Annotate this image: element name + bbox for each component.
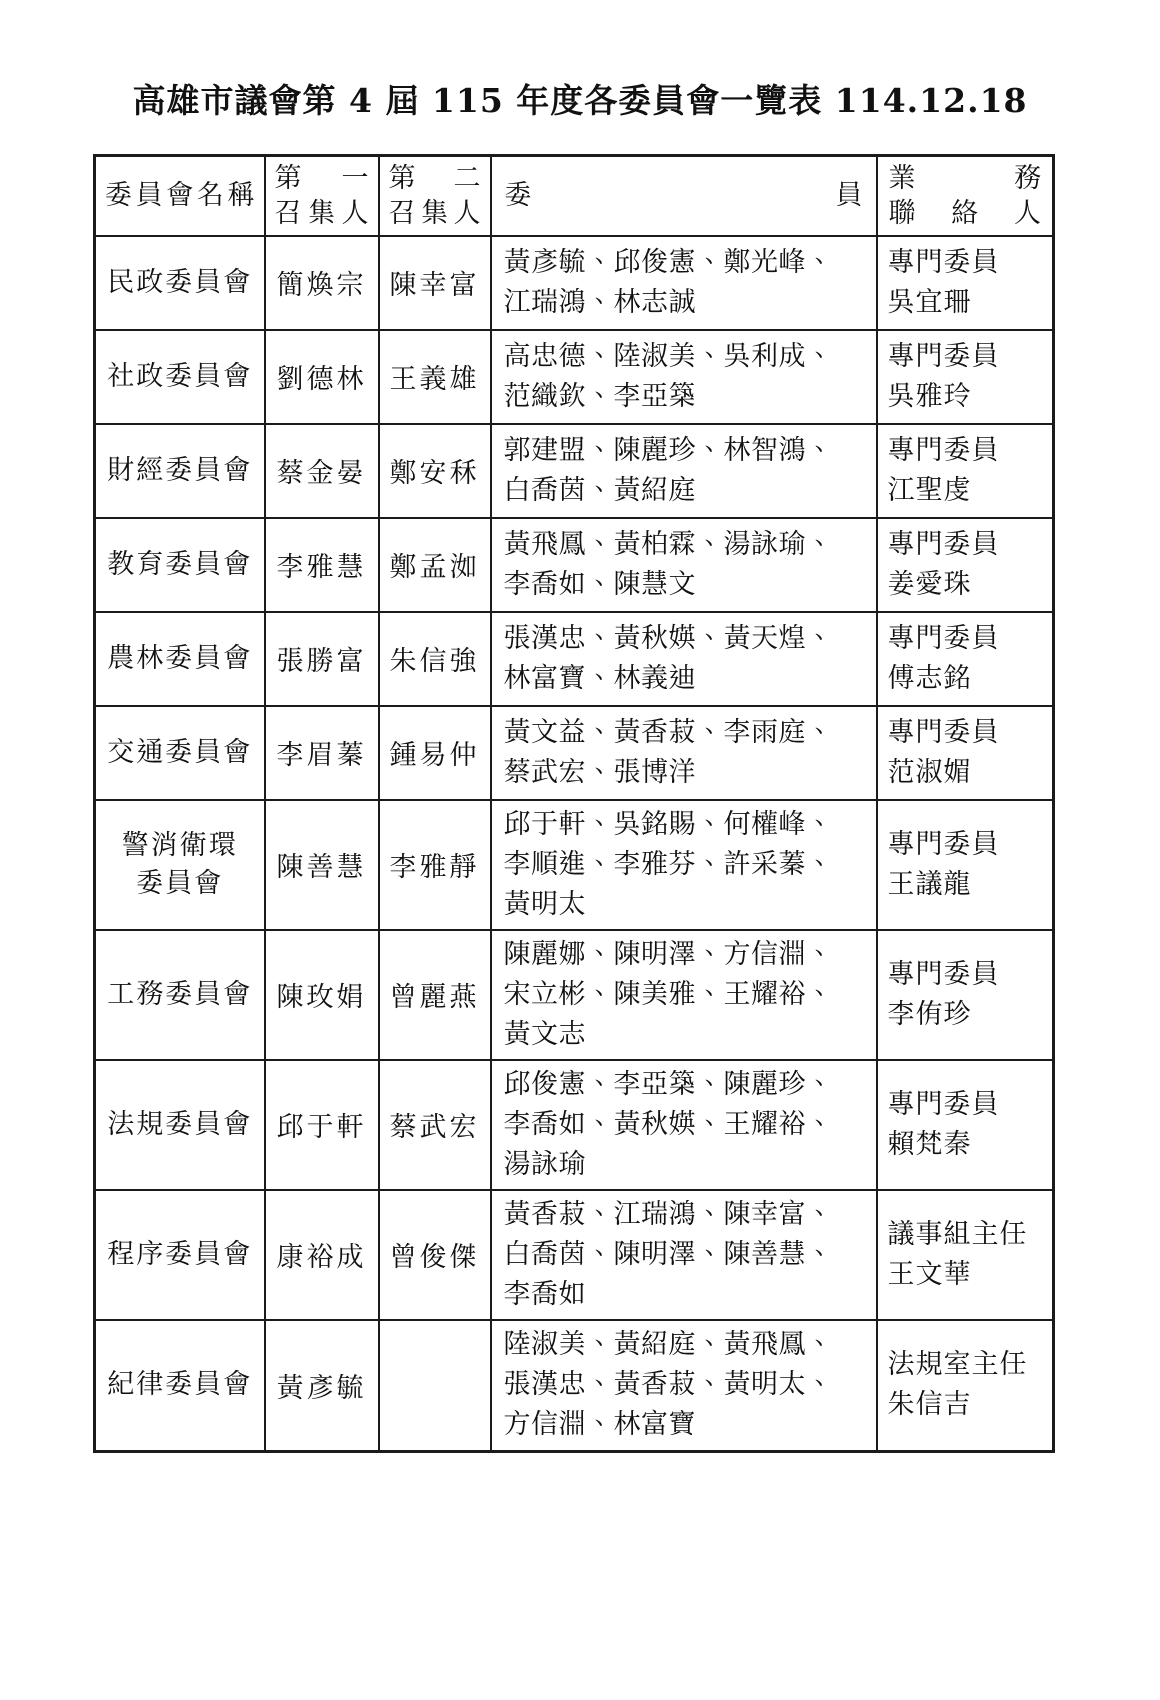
business-contact-cell: 專門委員李侑珍 [877, 930, 1054, 1060]
business-contact-cell: 專門委員王議龍 [877, 800, 1054, 930]
first-convener-cell: 陳玫娟 [265, 930, 379, 1060]
second-convener-cell [379, 1320, 491, 1452]
committee-name-line: 警消衛環 [96, 827, 264, 865]
table-row: 財經委員會蔡金晏鄭安秝郭建盟、陳麗珍、林智鴻、白喬茵、黃紹庭專門委員江聖虔 [95, 424, 1054, 518]
members-cell: 郭建盟、陳麗珍、林智鴻、白喬茵、黃紹庭 [491, 424, 877, 518]
members-line: 蔡武宏、張博洋 [504, 753, 870, 793]
members-line: 陳麗娜、陳明澤、方信淵、 [504, 935, 870, 975]
first-convener-cell: 劉德林 [265, 330, 379, 424]
members-line: 陸淑美、黃紹庭、黃飛鳳、 [504, 1325, 870, 1365]
members-line: 邱俊憲、李亞築、陳麗珍、 [504, 1065, 870, 1105]
table-row: 法規委員會邱于軒蔡武宏邱俊憲、李亞築、陳麗珍、李喬如、黃秋媖、王耀裕、湯詠瑜專門… [95, 1060, 1054, 1190]
table-header: 委員會名稱 第一 召集人 第二 召集人 委員 業務 聯絡人 [95, 156, 1054, 236]
members-line: 李喬如、黃秋媖、王耀裕、 [504, 1105, 870, 1145]
members-line: 張漢忠、黃秋媖、黃天煌、 [504, 619, 870, 659]
header-first-convener-line2: 召集人 [275, 196, 369, 231]
committee-name-cell: 教育委員會 [95, 518, 265, 612]
header-business-contact: 業務 聯絡人 [877, 156, 1054, 236]
table-row: 警消衛環委員會陳善慧李雅靜邱于軒、吳銘賜、何權峰、李順進、李雅芬、許采蓁、黃明太… [95, 800, 1054, 930]
business-contact-line: 專門委員 [888, 525, 1049, 565]
first-convener-cell: 蔡金晏 [265, 424, 379, 518]
first-convener-cell: 李眉蓁 [265, 706, 379, 800]
members-line: 方信淵、林富寶 [504, 1405, 870, 1445]
second-convener-cell: 鄭安秝 [379, 424, 491, 518]
header-first-convener: 第一 召集人 [265, 156, 379, 236]
members-line: 張漢忠、黃香菽、黃明太、 [504, 1365, 870, 1405]
business-contact-line: 專門委員 [888, 713, 1049, 753]
header-business-contact-line1: 業務 [889, 161, 1042, 196]
table-row: 工務委員會陳玫娟曾麗燕陳麗娜、陳明澤、方信淵、宋立彬、陳美雅、王耀裕、黃文志專門… [95, 930, 1054, 1060]
committee-name-cell: 民政委員會 [95, 236, 265, 330]
header-committee-name-label: 委員會名稱 [105, 178, 255, 213]
header-business-contact-line2: 聯絡人 [889, 196, 1042, 231]
second-convener-cell: 朱信強 [379, 612, 491, 706]
first-convener-cell: 邱于軒 [265, 1060, 379, 1190]
header-committee-name: 委員會名稱 [95, 156, 265, 236]
business-contact-cell: 專門委員姜愛珠 [877, 518, 1054, 612]
committee-name-cell: 工務委員會 [95, 930, 265, 1060]
header-members-label: 委員 [505, 178, 863, 213]
first-convener-cell: 陳善慧 [265, 800, 379, 930]
members-line: 黃文志 [504, 1015, 870, 1055]
committee-name-line: 工務委員會 [96, 976, 264, 1014]
header-row: 委員會名稱 第一 召集人 第二 召集人 委員 業務 聯絡人 [95, 156, 1054, 236]
table-row: 教育委員會李雅慧鄭孟洳黃飛鳳、黃柏霖、湯詠瑜、李喬如、陳慧文專門委員姜愛珠 [95, 518, 1054, 612]
members-cell: 黃彥毓、邱俊憲、鄭光峰、江瑞鴻、林志誠 [491, 236, 877, 330]
second-convener-cell: 王義雄 [379, 330, 491, 424]
business-contact-line: 吳雅玲 [888, 377, 1049, 417]
members-line: 李順進、李雅芬、許采蓁、 [504, 845, 870, 885]
business-contact-line: 姜愛珠 [888, 565, 1049, 605]
committee-name-line: 法規委員會 [96, 1106, 264, 1144]
members-cell: 陳麗娜、陳明澤、方信淵、宋立彬、陳美雅、王耀裕、黃文志 [491, 930, 877, 1060]
second-convener-cell: 曾俊傑 [379, 1190, 491, 1320]
table-body: 民政委員會簡煥宗陳幸富黃彥毓、邱俊憲、鄭光峰、江瑞鴻、林志誠專門委員吳宜珊社政委… [95, 236, 1054, 1452]
committee-name-cell: 農林委員會 [95, 612, 265, 706]
business-contact-line: 專門委員 [888, 955, 1049, 995]
committee-name-line: 委員會 [96, 865, 264, 903]
members-line: 白喬茵、陳明澤、陳善慧、 [504, 1235, 870, 1275]
members-line: 黃彥毓、邱俊憲、鄭光峰、 [504, 243, 870, 283]
committee-name-cell: 紀律委員會 [95, 1320, 265, 1452]
business-contact-line: 王文華 [888, 1255, 1049, 1295]
business-contact-line: 專門委員 [888, 243, 1049, 283]
header-second-convener-line2: 召集人 [389, 196, 481, 231]
committee-name-line: 程序委員會 [96, 1236, 264, 1274]
committee-name-cell: 交通委員會 [95, 706, 265, 800]
business-contact-cell: 議事組主任王文華 [877, 1190, 1054, 1320]
header-first-convener-line1: 第一 [275, 161, 369, 196]
business-contact-line: 江聖虔 [888, 471, 1049, 511]
second-convener-cell: 鄭孟洳 [379, 518, 491, 612]
committee-name-cell: 社政委員會 [95, 330, 265, 424]
second-convener-cell: 鍾易仲 [379, 706, 491, 800]
first-convener-cell: 簡煥宗 [265, 236, 379, 330]
members-line: 黃文益、黃香菽、李雨庭、 [504, 713, 870, 753]
table-row: 民政委員會簡煥宗陳幸富黃彥毓、邱俊憲、鄭光峰、江瑞鴻、林志誠專門委員吳宜珊 [95, 236, 1054, 330]
members-line: 江瑞鴻、林志誠 [504, 283, 870, 323]
members-cell: 黃香菽、江瑞鴻、陳幸富、白喬茵、陳明澤、陳善慧、李喬如 [491, 1190, 877, 1320]
members-line: 白喬茵、黃紹庭 [504, 471, 870, 511]
business-contact-line: 法規室主任 [888, 1345, 1049, 1385]
committee-name-line: 社政委員會 [96, 358, 264, 396]
members-line: 黃明太 [504, 885, 870, 925]
members-line: 邱于軒、吳銘賜、何權峰、 [504, 805, 870, 845]
header-second-convener-line1: 第二 [389, 161, 481, 196]
header-members: 委員 [491, 156, 877, 236]
committee-name-cell: 程序委員會 [95, 1190, 265, 1320]
business-contact-line: 吳宜珊 [888, 283, 1049, 323]
members-line: 宋立彬、陳美雅、王耀裕、 [504, 975, 870, 1015]
members-line: 李喬如、陳慧文 [504, 565, 870, 605]
business-contact-line: 專門委員 [888, 825, 1049, 865]
members-line: 郭建盟、陳麗珍、林智鴻、 [504, 431, 870, 471]
committee-table: 委員會名稱 第一 召集人 第二 召集人 委員 業務 聯絡人 民政委 [93, 154, 1055, 1453]
business-contact-line: 李侑珍 [888, 995, 1049, 1035]
business-contact-line: 專門委員 [888, 431, 1049, 471]
business-contact-line: 議事組主任 [888, 1215, 1049, 1255]
members-line: 湯詠瑜 [504, 1145, 870, 1185]
business-contact-cell: 專門委員江聖虔 [877, 424, 1054, 518]
second-convener-cell: 李雅靜 [379, 800, 491, 930]
members-line: 范織欽、李亞築 [504, 377, 870, 417]
committee-name-cell: 警消衛環委員會 [95, 800, 265, 930]
first-convener-cell: 張勝富 [265, 612, 379, 706]
document-title: 高雄市議會第 4 屆 115 年度各委員會一覽表 114.12.18 [0, 80, 1160, 122]
business-contact-line: 傅志銘 [888, 659, 1049, 699]
table-row: 紀律委員會黃彥毓陸淑美、黃紹庭、黃飛鳳、張漢忠、黃香菽、黃明太、方信淵、林富寶法… [95, 1320, 1054, 1452]
committee-name-line: 交通委員會 [96, 734, 264, 772]
document-page: 高雄市議會第 4 屆 115 年度各委員會一覽表 114.12.18 委員會名稱… [0, 0, 1160, 1700]
members-line: 李喬如 [504, 1275, 870, 1315]
members-line: 黃飛鳳、黃柏霖、湯詠瑜、 [504, 525, 870, 565]
members-line: 黃香菽、江瑞鴻、陳幸富、 [504, 1195, 870, 1235]
first-convener-cell: 康裕成 [265, 1190, 379, 1320]
business-contact-line: 朱信吉 [888, 1385, 1049, 1425]
business-contact-cell: 專門委員范淑媚 [877, 706, 1054, 800]
members-line: 高忠德、陸淑美、吳利成、 [504, 337, 870, 377]
table-row: 社政委員會劉德林王義雄高忠德、陸淑美、吳利成、范織欽、李亞築專門委員吳雅玲 [95, 330, 1054, 424]
committee-name-line: 紀律委員會 [96, 1366, 264, 1404]
business-contact-cell: 專門委員賴梵秦 [877, 1060, 1054, 1190]
table-row: 交通委員會李眉蓁鍾易仲黃文益、黃香菽、李雨庭、蔡武宏、張博洋專門委員范淑媚 [95, 706, 1054, 800]
table-row: 程序委員會康裕成曾俊傑黃香菽、江瑞鴻、陳幸富、白喬茵、陳明澤、陳善慧、李喬如議事… [95, 1190, 1054, 1320]
committee-name-line: 農林委員會 [96, 640, 264, 678]
members-cell: 黃文益、黃香菽、李雨庭、蔡武宏、張博洋 [491, 706, 877, 800]
committee-name-line: 教育委員會 [96, 546, 264, 584]
business-contact-line: 專門委員 [888, 619, 1049, 659]
business-contact-cell: 專門委員傅志銘 [877, 612, 1054, 706]
business-contact-line: 賴梵秦 [888, 1125, 1049, 1165]
business-contact-line: 專門委員 [888, 1085, 1049, 1125]
first-convener-cell: 黃彥毓 [265, 1320, 379, 1452]
business-contact-cell: 法規室主任朱信吉 [877, 1320, 1054, 1452]
business-contact-line: 專門委員 [888, 337, 1049, 377]
business-contact-cell: 專門委員吳宜珊 [877, 236, 1054, 330]
members-cell: 高忠德、陸淑美、吳利成、范織欽、李亞築 [491, 330, 877, 424]
members-cell: 陸淑美、黃紹庭、黃飛鳳、張漢忠、黃香菽、黃明太、方信淵、林富寶 [491, 1320, 877, 1452]
first-convener-cell: 李雅慧 [265, 518, 379, 612]
committee-name-cell: 財經委員會 [95, 424, 265, 518]
members-cell: 邱于軒、吳銘賜、何權峰、李順進、李雅芬、許采蓁、黃明太 [491, 800, 877, 930]
second-convener-cell: 曾麗燕 [379, 930, 491, 1060]
members-cell: 張漢忠、黃秋媖、黃天煌、林富寶、林義迪 [491, 612, 877, 706]
header-second-convener: 第二 召集人 [379, 156, 491, 236]
table-row: 農林委員會張勝富朱信強張漢忠、黃秋媖、黃天煌、林富寶、林義迪專門委員傅志銘 [95, 612, 1054, 706]
committee-name-line: 民政委員會 [96, 264, 264, 302]
business-contact-line: 王議龍 [888, 865, 1049, 905]
members-cell: 黃飛鳳、黃柏霖、湯詠瑜、李喬如、陳慧文 [491, 518, 877, 612]
business-contact-cell: 專門委員吳雅玲 [877, 330, 1054, 424]
business-contact-line: 范淑媚 [888, 753, 1049, 793]
second-convener-cell: 蔡武宏 [379, 1060, 491, 1190]
members-cell: 邱俊憲、李亞築、陳麗珍、李喬如、黃秋媖、王耀裕、湯詠瑜 [491, 1060, 877, 1190]
members-line: 林富寶、林義迪 [504, 659, 870, 699]
committee-name-cell: 法規委員會 [95, 1060, 265, 1190]
second-convener-cell: 陳幸富 [379, 236, 491, 330]
committee-name-line: 財經委員會 [96, 452, 264, 490]
